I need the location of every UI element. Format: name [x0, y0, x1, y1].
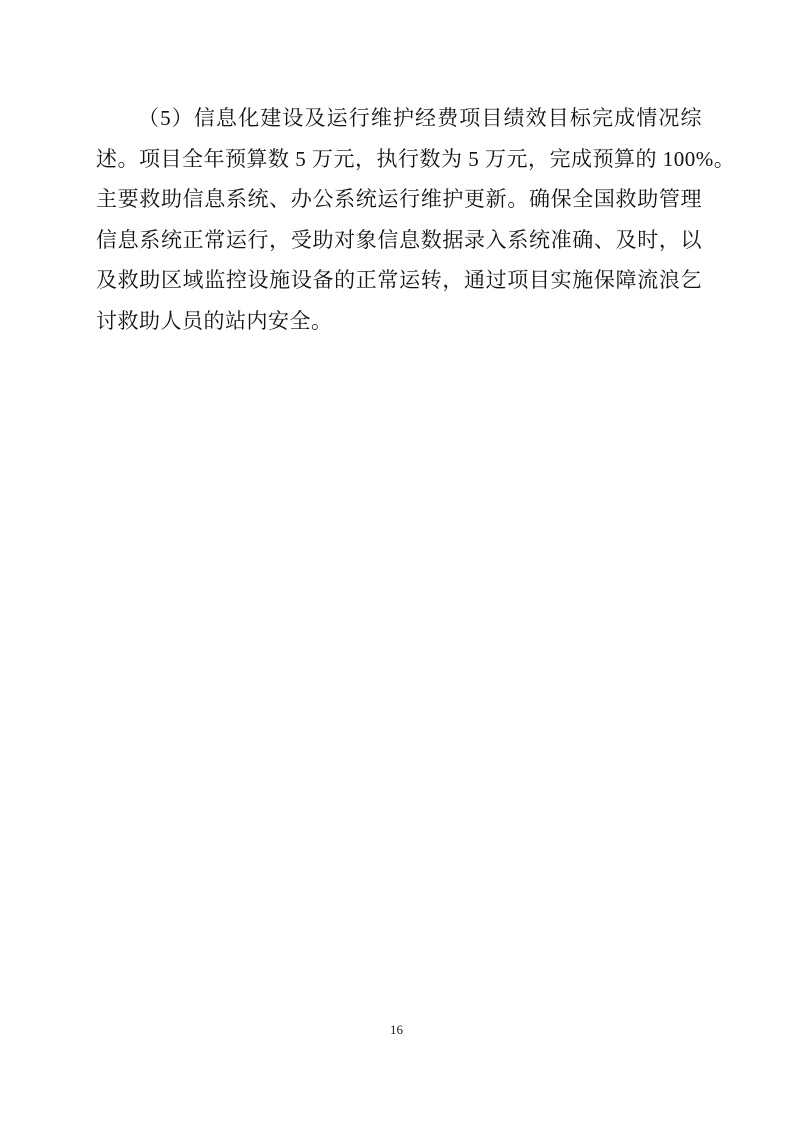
paragraph-line: （5）信息化建设及运行维护经费项目绩效目标完成情况综 [96, 98, 702, 139]
body-paragraph: （5）信息化建设及运行维护经费项目绩效目标完成情况综 述。项目全年预算数 5 万… [96, 98, 702, 341]
paragraph-line: 讨救助人员的站内安全。 [96, 301, 702, 342]
paragraph-line: 信息系统正常运行，受助对象信息数据录入系统准确、及时，以 [96, 220, 702, 261]
page-number: 16 [0, 1022, 793, 1038]
document-page: （5）信息化建设及运行维护经费项目绩效目标完成情况综 述。项目全年预算数 5 万… [0, 0, 793, 1122]
paragraph-line: 及救助区域监控设施设备的正常运转，通过项目实施保障流浪乞 [96, 260, 702, 301]
paragraph-line: 主要救助信息系统、办公系统运行维护更新。确保全国救助管理 [96, 179, 702, 220]
paragraph-line: 述。项目全年预算数 5 万元，执行数为 5 万元，完成预算的 100%。 [96, 139, 702, 180]
